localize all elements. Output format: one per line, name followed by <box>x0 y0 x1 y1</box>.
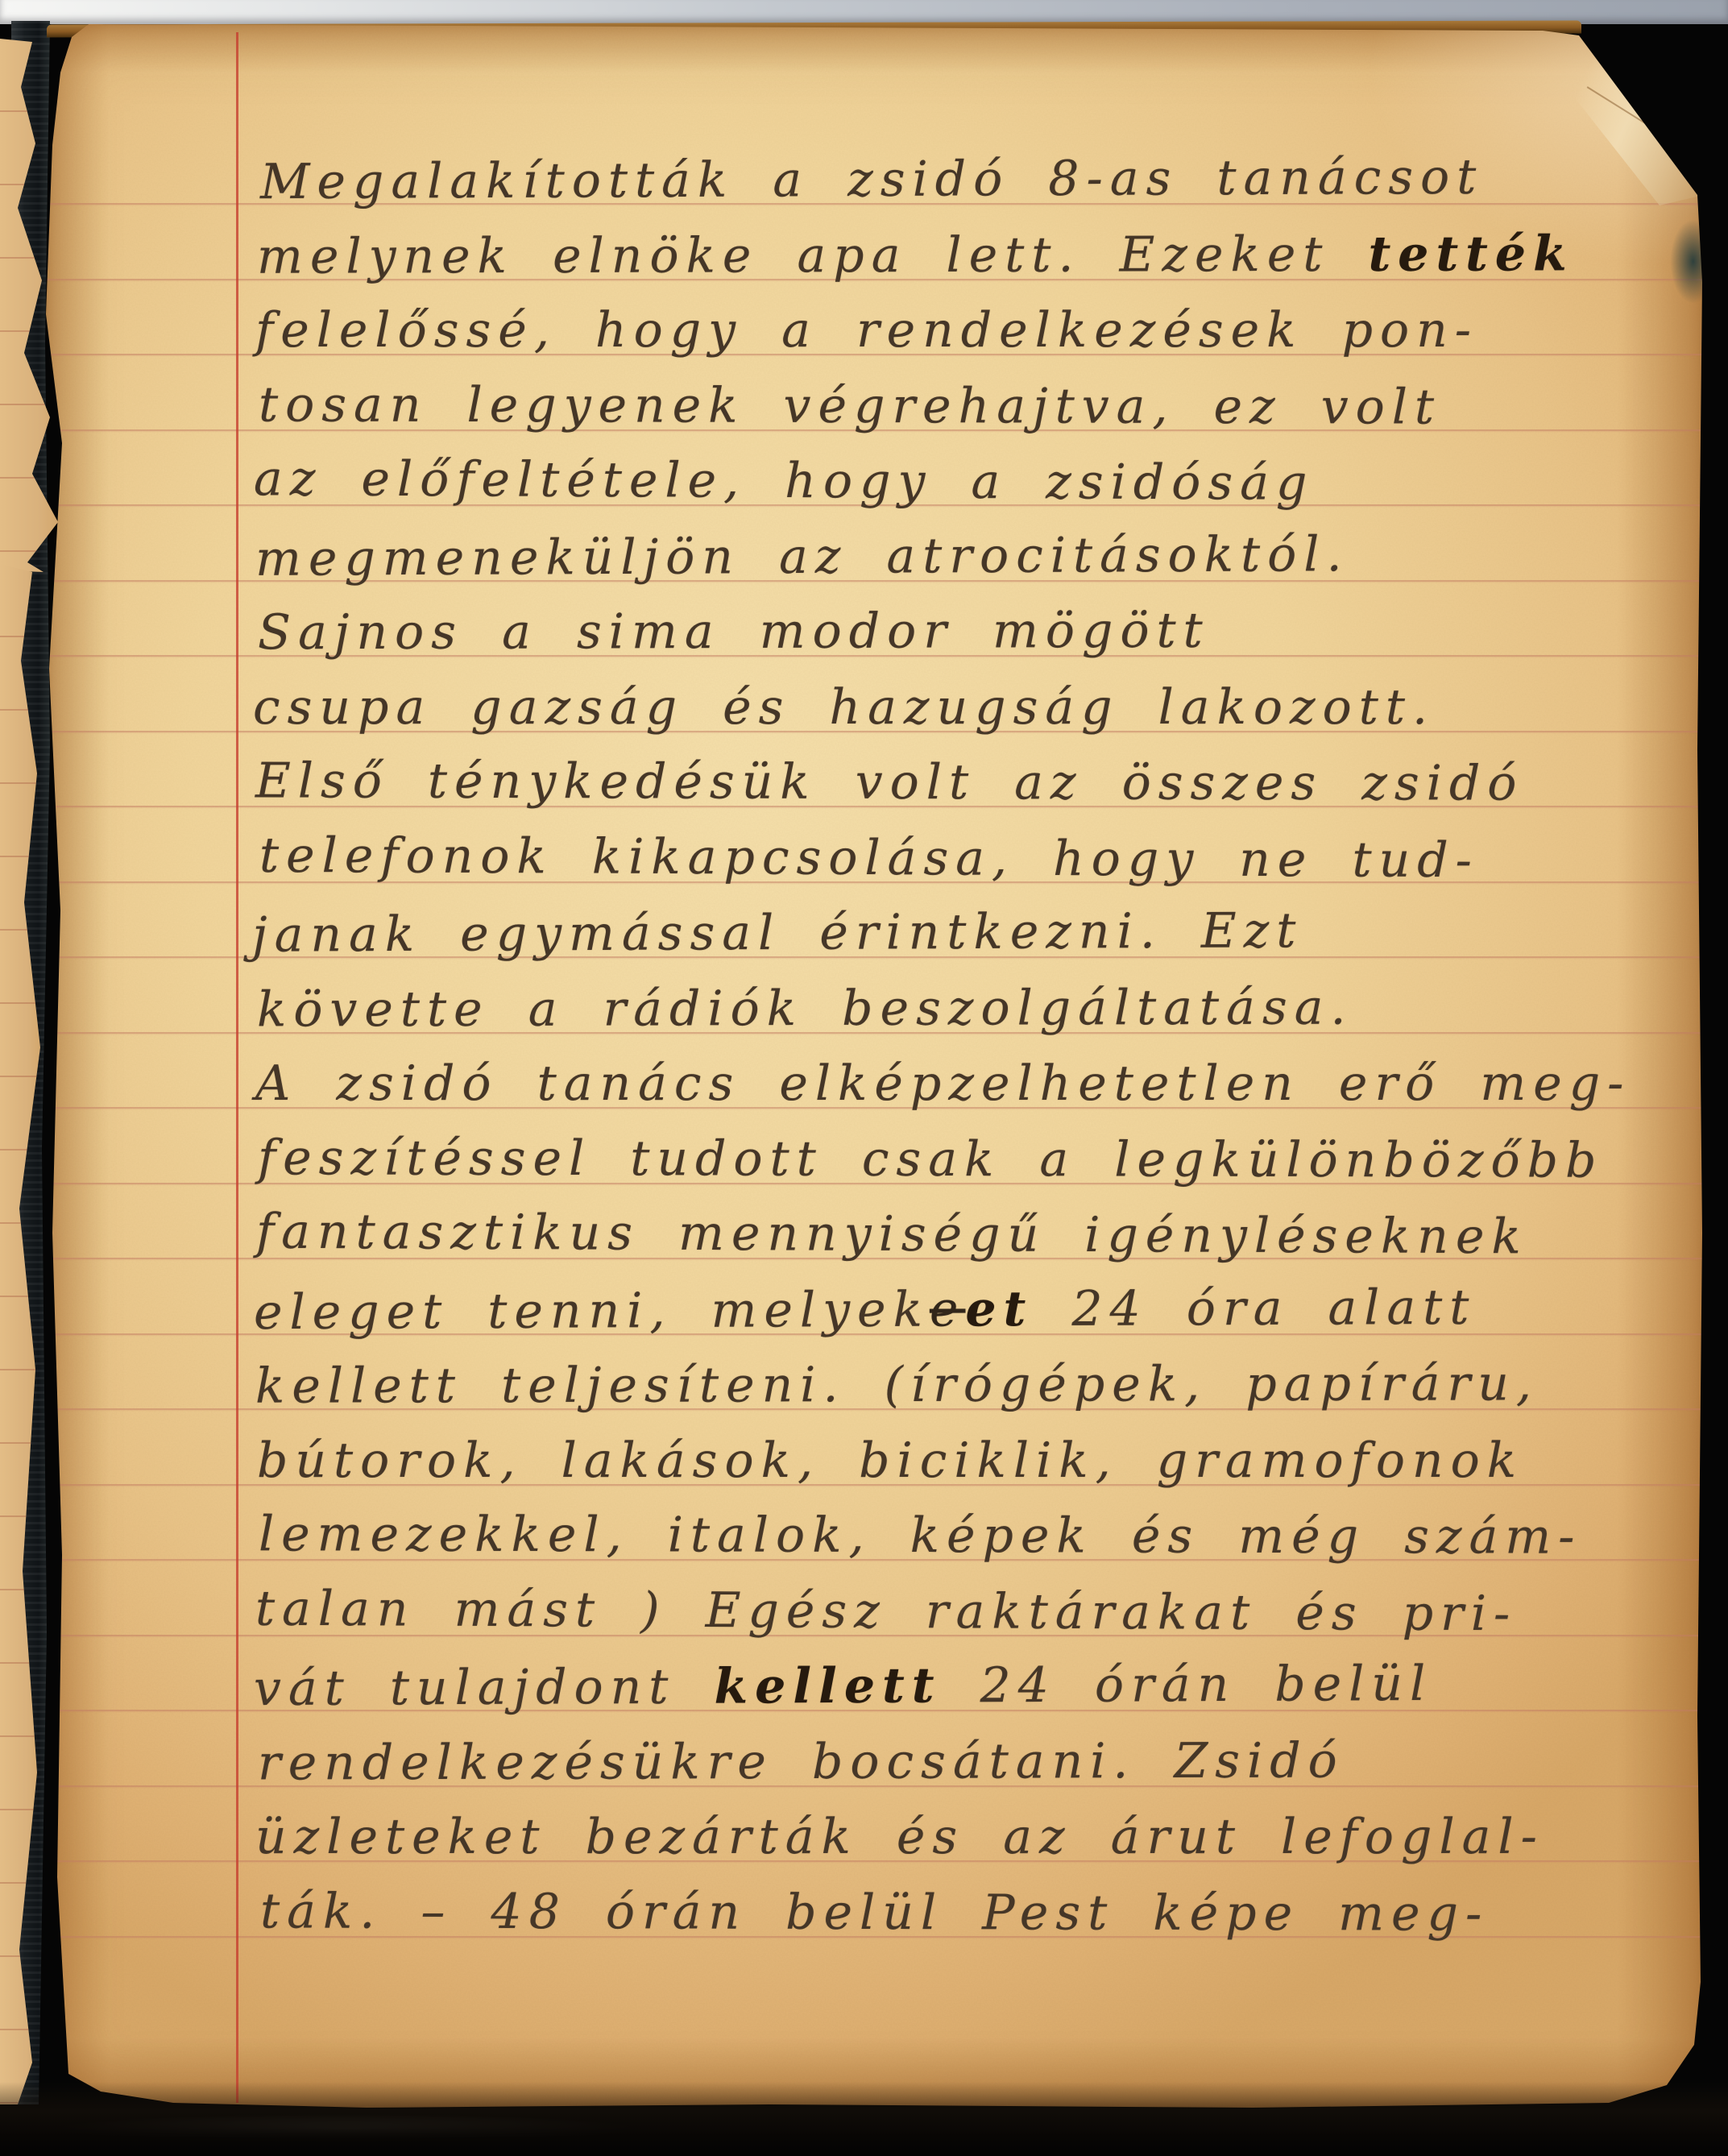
handwriting-segment: kellett teljesíteni. (írógépek, papíráru… <box>255 1355 1539 1414</box>
handwriting-line: megmeneküljön az atrocitásoktól. <box>255 526 1349 587</box>
handwriting-segment-bold: kellett <box>714 1657 941 1714</box>
handwriting-segment: melynek elnöke apa lett. Ezeket <box>257 226 1369 284</box>
handwriting-segment: bútorok, lakások, biciklik, gramofonok <box>257 1432 1523 1489</box>
handwriting-line: A zsidó tanács elképzelhetetlen erő meg- <box>255 1055 1631 1112</box>
dog-eared-corner <box>1531 24 1704 205</box>
handwriting-segment: feszítéssel tudott csak a legkülönbözőbb <box>258 1130 1604 1188</box>
handwriting-line: követte a rádiók beszolgáltatása. <box>257 979 1353 1038</box>
handwriting-line: az előfeltétele, hogy a zsidóság <box>254 450 1315 512</box>
handwriting-segment: eleget tenni, melyek <box>254 1281 930 1341</box>
handwriting-segment-bold: et <box>965 1281 1033 1337</box>
handwriting-segment-strike: e <box>930 1281 966 1337</box>
handwriting-line: kellett teljesíteni. (írógépek, papíráru… <box>255 1355 1539 1414</box>
handwriting-segment: tosan legyenek végrehajtva, ez volt <box>259 376 1441 435</box>
red-margin-line <box>236 32 238 2103</box>
handwriting-line: felelőssé, hogy a rendelkezések pon- <box>255 302 1478 359</box>
handwriting-segment: az előfeltétele, hogy a zsidóság <box>254 450 1315 512</box>
handwriting-segment: 24 óra alatt <box>1033 1279 1476 1337</box>
handwriting-segment: telefonok kikapcsolása, hogy ne tud- <box>259 827 1479 888</box>
handwriting-segment: talan mást ) Egész raktárakat és pri- <box>255 1580 1518 1642</box>
handwriting-line: lemezekkel, italok, képek és még szám- <box>259 1506 1582 1565</box>
handwriting-line: Megalakították a zsidó 8-as tanácsot <box>260 149 1484 210</box>
handwriting-line: telefonok kikapcsolása, hogy ne tud- <box>259 827 1479 888</box>
corner-crease <box>1581 34 1674 113</box>
paper-edge-shading <box>44 24 109 2111</box>
ink-smudge <box>1670 219 1709 304</box>
handwriting-line: bútorok, lakások, biciklik, gramofonok <box>257 1432 1523 1489</box>
handwriting-line: üzleteket bezárták és az árut lefoglal- <box>255 1809 1544 1865</box>
handwriting-line: tosan legyenek végrehajtva, ez volt <box>259 376 1441 435</box>
handwriting-segment: janak egymással érintkezni. Ezt <box>252 902 1303 963</box>
handwriting-segment: csupa gazság és hazugság lakozott. <box>253 679 1435 736</box>
notebook-page: Megalakították a zsidó 8-as tanácsotmely… <box>44 24 1705 2111</box>
handwriting-segment: fantasztikus mennyiségű igényléseknek <box>256 1204 1528 1266</box>
handwriting-line: fantasztikus mennyiségű igényléseknek <box>256 1204 1528 1266</box>
handwriting-line: Sajnos a sima modor mögött <box>258 603 1210 661</box>
handwriting-segment: Első ténykedésük volt az összes zsidó <box>255 753 1524 811</box>
handwriting-line: Első ténykedésük volt az összes zsidó <box>255 753 1524 811</box>
handwriting-segment-bold: tették <box>1368 226 1573 283</box>
handwriting-segment: rendelkezésükre bocsátani. Zsidó <box>258 1732 1345 1791</box>
handwriting-segment: Megalakították a zsidó 8-as tanácsot <box>260 149 1484 210</box>
bottom-scan-shadow <box>0 2082 1728 2156</box>
handwriting-segment: Sajnos a sima modor mögött <box>258 603 1210 661</box>
handwriting-line: csupa gazság és hazugság lakozott. <box>253 679 1435 736</box>
handwriting-line: vát tulajdont kellett 24 órán belül <box>254 1656 1432 1717</box>
handwriting-line: eleget tenni, melyekeet 24 óra alatt <box>254 1279 1477 1340</box>
handwriting-segment: A zsidó tanács elképzelhetetlen erő meg- <box>255 1055 1631 1112</box>
handwriting-line: janak egymással érintkezni. Ezt <box>252 902 1303 963</box>
corner-crease <box>1587 86 1725 173</box>
handwriting-segment: felelőssé, hogy a rendelkezések pon- <box>255 302 1478 359</box>
handwriting-line: rendelkezésükre bocsátani. Zsidó <box>258 1732 1345 1791</box>
handwriting-segment: követte a rádiók beszolgáltatása. <box>257 979 1353 1038</box>
handwriting-line: ták. – 48 órán belül Pest képe meg- <box>260 1883 1489 1942</box>
handwriting-line: feszítéssel tudott csak a legkülönbözőbb <box>258 1130 1604 1188</box>
handwriting-segment: ták. – 48 órán belül Pest képe meg- <box>260 1883 1489 1942</box>
handwriting-segment: üzleteket bezárták és az árut lefoglal- <box>255 1809 1544 1865</box>
paper-edge-shading <box>44 24 1705 73</box>
handwriting-segment: megmeneküljön az atrocitásoktól. <box>255 526 1349 587</box>
handwriting-segment: lemezekkel, italok, képek és még szám- <box>259 1506 1582 1565</box>
handwriting-line: melynek elnöke apa lett. Ezeket tették <box>257 226 1574 284</box>
notebook-scan: Megalakították a zsidó 8-as tanácsotmely… <box>0 0 1728 2156</box>
handwriting-segment: vát tulajdont <box>254 1659 715 1717</box>
handwriting-line: talan mást ) Egész raktárakat és pri- <box>255 1580 1518 1642</box>
handwriting-segment: 24 órán belül <box>941 1656 1432 1714</box>
